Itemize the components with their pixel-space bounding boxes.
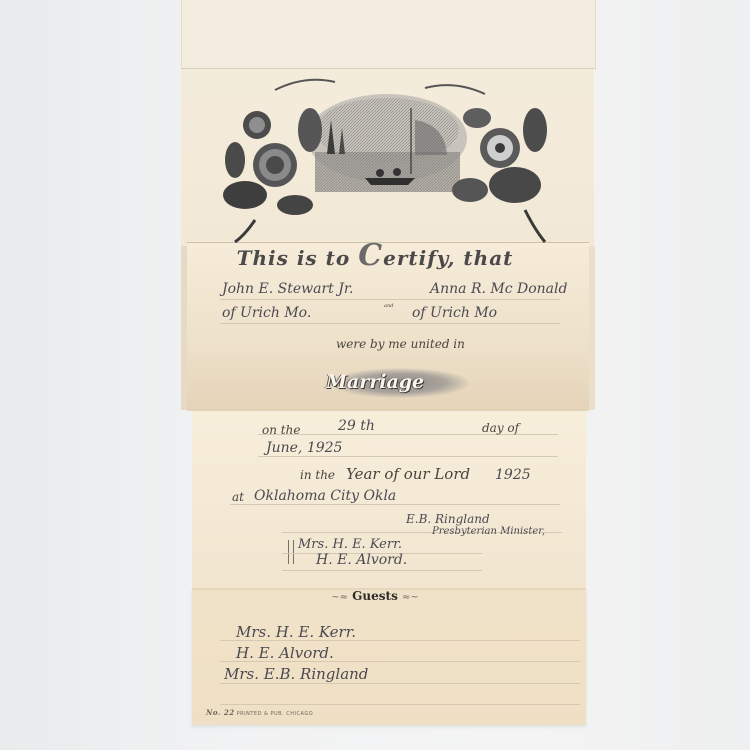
groom-residence: of Urich Mo.	[222, 305, 311, 321]
bride-name: Anna R. Mc Donald	[430, 281, 567, 297]
day-value: 29 th	[338, 418, 375, 434]
guests-heading: ~≈ Guests ≈~	[0, 589, 750, 603]
witness-2-signature: H. E. Alvord.	[316, 552, 407, 568]
ornament-left-icon: ~≈	[331, 592, 348, 603]
marriage-banner-text: Marriage	[0, 371, 750, 393]
month-rule	[258, 456, 558, 457]
form-imprint: No. 22 PRINTED & PUB. CHICAGO	[206, 708, 313, 717]
guest-name: H. E. Alvord.	[236, 644, 334, 662]
ornament-right-icon: ≈~	[402, 592, 419, 603]
at-label: at	[232, 490, 244, 504]
and-connector: and	[384, 303, 393, 309]
heading-initial: C	[358, 238, 383, 273]
names-rule	[220, 299, 560, 300]
witnesses-bracket	[288, 540, 294, 564]
top-flap	[181, 0, 596, 70]
year-of-lord-label: Year of our Lord	[346, 465, 470, 483]
officiant-signature: E.B. Ringland	[406, 512, 490, 526]
month-year-value: June, 1925	[266, 440, 342, 456]
year-value: 1925	[495, 467, 531, 483]
certify-heading: This is to Certify, that	[0, 238, 750, 273]
floral-lake-engraving	[215, 70, 560, 245]
place-rule	[230, 504, 560, 505]
groom-name: John E. Stewart Jr.	[222, 281, 353, 297]
guests-title-text: Guests	[352, 589, 398, 603]
engraving-illustration-icon	[215, 70, 560, 245]
place-value: Oklahoma City Okla	[254, 488, 396, 504]
witness-rule-2	[282, 570, 482, 571]
guest-rule-4	[220, 704, 580, 705]
residence-rule	[220, 323, 560, 324]
guest-name: Mrs. H. E. Kerr.	[236, 623, 356, 641]
day-of-label: day of	[482, 421, 519, 435]
bride-residence: of Urich Mo	[412, 305, 497, 321]
on-the-label: on the	[262, 423, 300, 437]
guest-rule-3	[220, 683, 580, 684]
heading-prefix: This is to	[237, 246, 351, 270]
year-prefix: in the	[300, 468, 335, 482]
witness-1-signature: Mrs. H. E. Kerr.	[298, 537, 402, 552]
officiant-title: Presbyterian Minister,	[432, 526, 545, 537]
form-number: No. 22	[206, 708, 235, 717]
heading-suffix: ertify, that	[383, 246, 513, 270]
united-text: were by me united in	[336, 337, 465, 351]
printer-imprint: PRINTED & PUB. CHICAGO	[237, 711, 314, 717]
guest-name: Mrs. E.B. Ringland	[224, 665, 368, 683]
